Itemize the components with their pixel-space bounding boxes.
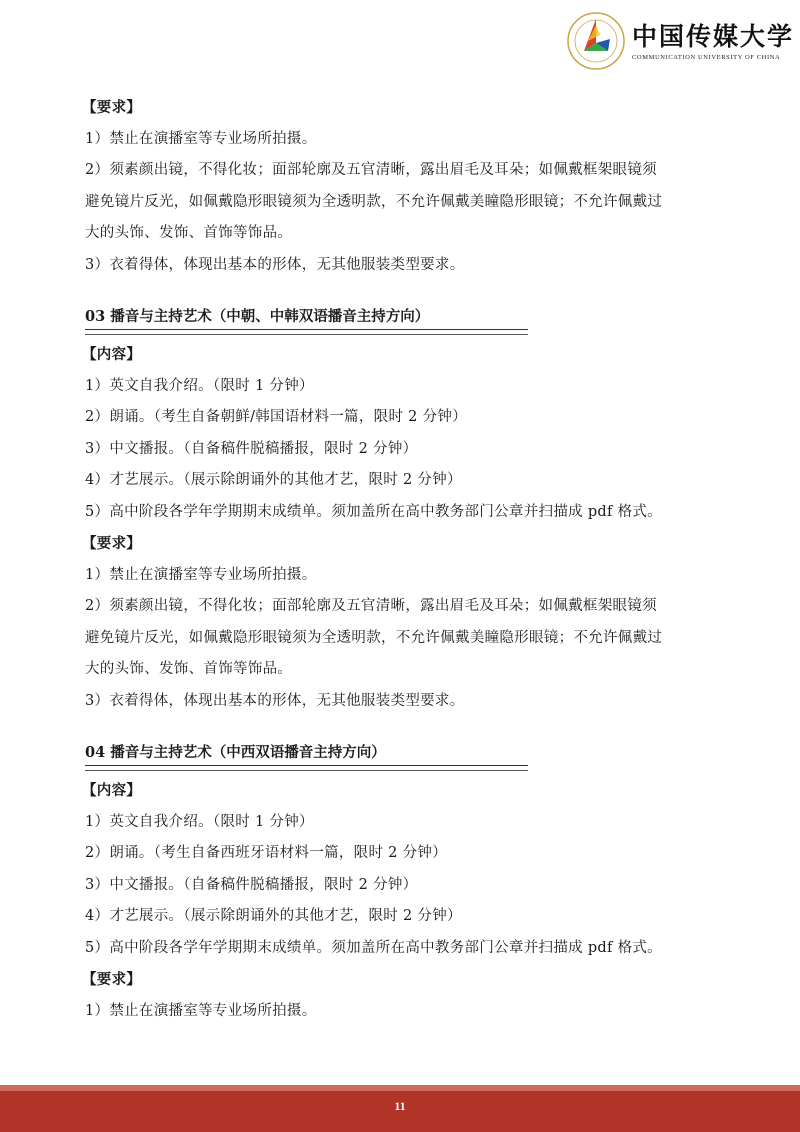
section-03: 03 播音与主持艺术（中朝、中韩双语播音主持方向） 【内容】 1）英文自我介绍。…	[85, 305, 725, 717]
content-label: 【内容】	[82, 339, 725, 371]
content-item: 1）英文自我介绍。（限时 1 分钟）	[85, 371, 725, 403]
section-04: 04 播音与主持艺术（中西双语播音主持方向） 【内容】 1）英文自我介绍。（限时…	[85, 741, 725, 1027]
content-item: 4）才艺展示。（展示除朗诵外的其他才艺，限时 2 分钟）	[85, 901, 725, 933]
page-footer: 11	[0, 1085, 800, 1132]
logo-chinese-name: 中国传媒大学	[632, 22, 794, 52]
page-number: 11	[0, 1099, 800, 1114]
content-label: 【内容】	[82, 775, 725, 807]
content-item: 3）中文播报。（自备稿件脱稿播报，限时 2 分钟）	[85, 434, 725, 466]
requirements-label: 【要求】	[82, 92, 725, 124]
requirement-item: 1）禁止在演播室等专业场所拍摄。	[85, 124, 725, 156]
requirements-label: 【要求】	[82, 964, 725, 996]
footer-highlight-band	[0, 1085, 800, 1091]
content-item: 5）高中阶段各学年学期期末成绩单。须加盖所在高中教务部门公章并扫描成 pdf 格…	[85, 497, 725, 529]
requirement-item: 3）衣着得体，体现出基本的形体，无其他服装类型要求。	[85, 250, 725, 282]
requirement-item: 大的头饰、发饰、首饰等饰品。	[85, 218, 725, 250]
section-heading: 03 播音与主持艺术（中朝、中韩双语播音主持方向）	[85, 305, 528, 329]
section-continued: 【要求】 1）禁止在演播室等专业场所拍摄。 2）须素颜出镜，不得化妆；面部轮廓及…	[85, 92, 725, 281]
requirement-item: 1）禁止在演播室等专业场所拍摄。	[85, 996, 725, 1028]
requirement-item: 大的头饰、发饰、首饰等饰品。	[85, 654, 725, 686]
content-item: 5）高中阶段各学年学期期末成绩单。须加盖所在高中教务部门公章并扫描成 pdf 格…	[85, 933, 725, 965]
requirements-label: 【要求】	[82, 528, 725, 560]
section-heading: 04 播音与主持艺术（中西双语播音主持方向）	[85, 741, 528, 765]
document-body: 【要求】 1）禁止在演播室等专业场所拍摄。 2）须素颜出镜，不得化妆；面部轮廓及…	[85, 92, 725, 1027]
requirement-item: 2）须素颜出镜，不得化妆；面部轮廓及五官清晰，露出眉毛及耳朵；如佩戴框架眼镜须	[85, 591, 725, 623]
requirement-item: 避免镜片反光，如佩戴隐形眼镜须为全透明款，不允许佩戴美瞳隐形眼镜；不允许佩戴过	[85, 623, 725, 655]
content-item: 3）中文播报。（自备稿件脱稿播报，限时 2 分钟）	[85, 870, 725, 902]
content-item: 1）英文自我介绍。（限时 1 分钟）	[85, 807, 725, 839]
content-item: 4）才艺展示。（展示除朗诵外的其他才艺，限时 2 分钟）	[85, 465, 725, 497]
content-item: 2）朗诵。（考生自备朝鲜/韩国语材料一篇，限时 2 分钟）	[85, 402, 725, 434]
requirement-item: 避免镜片反光，如佩戴隐形眼镜须为全透明款，不允许佩戴美瞳隐形眼镜；不允许佩戴过	[85, 187, 725, 219]
content-item: 2）朗诵。（考生自备西班牙语材料一篇，限时 2 分钟）	[85, 838, 725, 870]
requirement-item: 2）须素颜出镜，不得化妆；面部轮廓及五官清晰，露出眉毛及耳朵；如佩戴框架眼镜须	[85, 155, 725, 187]
university-logo: 中国传媒大学 COMMUNICATION UNIVERSITY OF CHINA	[566, 10, 796, 72]
requirement-item: 3）衣着得体，体现出基本的形体，无其他服装类型要求。	[85, 686, 725, 718]
logo-english-name: COMMUNICATION UNIVERSITY OF CHINA	[632, 54, 794, 61]
university-emblem-icon	[566, 11, 626, 71]
heading-divider	[85, 765, 528, 771]
heading-divider	[85, 329, 528, 335]
requirement-item: 1）禁止在演播室等专业场所拍摄。	[85, 560, 725, 592]
